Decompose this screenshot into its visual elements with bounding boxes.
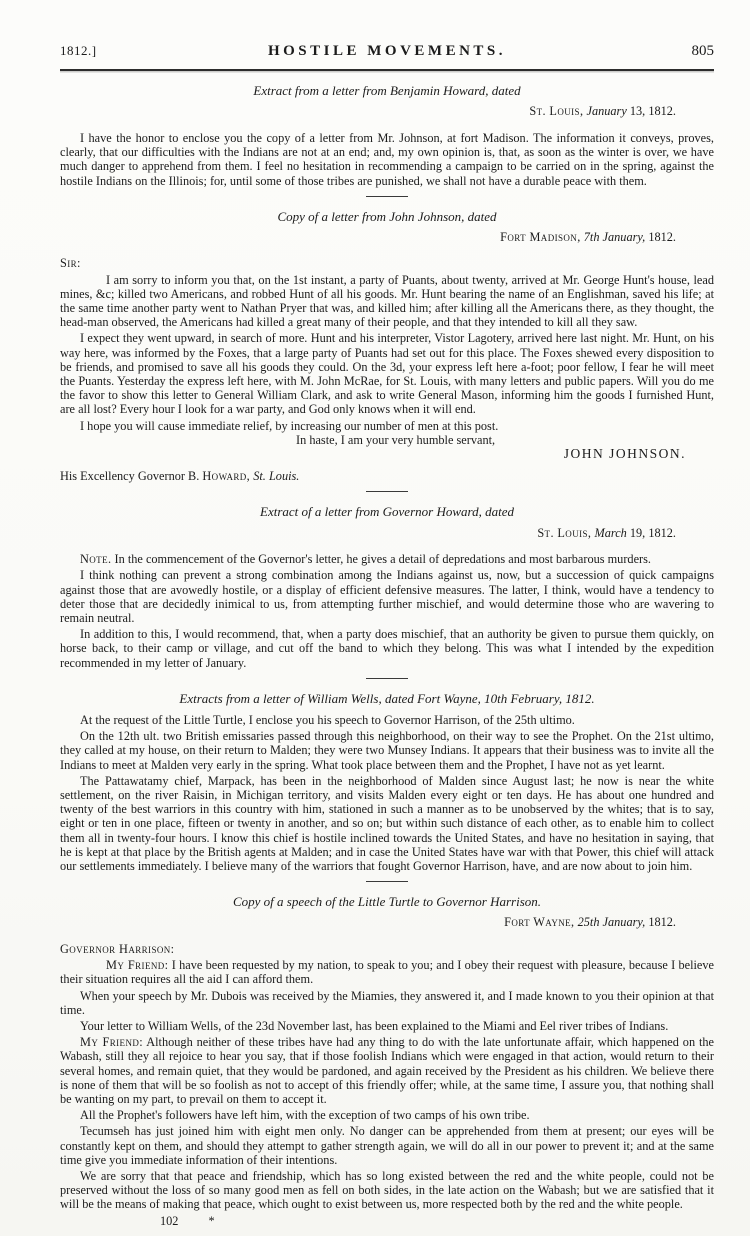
- paragraph: We are sorry that that peace and friends…: [60, 1169, 714, 1212]
- paragraph: I have the honor to enclose you the copy…: [60, 131, 714, 188]
- paragraph-text: The Pattawatamy chief, Marpack, has been…: [60, 774, 714, 873]
- addressee-text: His Excellency Governor B.: [60, 469, 202, 483]
- dateline: Fort Madison, 7th January, 1812.: [60, 230, 714, 244]
- paragraph-lead: My Friend:: [80, 1035, 143, 1049]
- paragraph-text: We are sorry that that peace and friends…: [60, 1169, 714, 1211]
- salutation: Governor Harrison:: [60, 942, 714, 956]
- dateline-date: 25th January,: [578, 915, 646, 929]
- letter-closing: In haste, I am your very humble servant,: [296, 433, 714, 447]
- dateline-year: 1812.: [648, 230, 676, 244]
- paragraph: I expect they went upward, in search of …: [60, 331, 714, 416]
- section-john-johnson-letter: Copy of a letter from John Johnson, date…: [60, 210, 714, 484]
- section-william-wells-letter: Extracts from a letter of William Wells,…: [60, 692, 714, 873]
- document-page: 1812.] HOSTILE MOVEMENTS. 805 Extract fr…: [0, 0, 750, 1236]
- footer-line: 102*: [60, 1214, 714, 1228]
- dateline-year: 1812.: [648, 915, 676, 929]
- section-divider: [366, 678, 408, 679]
- dateline-date: March: [594, 526, 626, 540]
- paragraph: When your speech by Mr. Dubois was recei…: [60, 989, 714, 1017]
- paragraph: On the 12th ult. two British emissaries …: [60, 729, 714, 772]
- paragraph-text: I think nothing can prevent a strong com…: [60, 568, 714, 625]
- addressee: His Excellency Governor B. Howard, St. L…: [60, 469, 714, 483]
- paragraph: I hope you will cause immediate relief, …: [60, 419, 714, 433]
- dateline: St. Louis, January 13, 1812.: [60, 104, 714, 118]
- section-benjamin-howard-letter: Extract from a letter from Benjamin Howa…: [60, 84, 714, 188]
- page-title: HOSTILE MOVEMENTS.: [268, 44, 506, 58]
- paragraph: My Friend: Although neither of these tri…: [60, 1035, 714, 1106]
- dateline-date: January: [587, 104, 627, 118]
- section-heading: Copy of a letter from John Johnson, date…: [60, 210, 714, 224]
- paragraph-text: I hope you will cause immediate relief, …: [80, 419, 498, 433]
- paragraph: My Friend: I have been requested by my n…: [60, 958, 714, 986]
- dateline: St. Louis, March 19, 1812.: [60, 526, 714, 540]
- paragraph-lead: My Friend:: [106, 958, 168, 972]
- section-governor-howard-letter: Extract of a letter from Governor Howard…: [60, 505, 714, 669]
- section-little-turtle-speech: Copy of a speech of the Little Turtle to…: [60, 895, 714, 1211]
- paragraph-text: I have the honor to enclose you the copy…: [60, 131, 714, 188]
- dateline-place: Fort Madison,: [500, 230, 581, 244]
- paragraph-lead: Note.: [80, 552, 111, 566]
- addressee-place: St. Louis.: [250, 469, 299, 483]
- running-header: 1812.] HOSTILE MOVEMENTS. 805: [60, 44, 714, 58]
- footer-asterisk: *: [208, 1214, 214, 1228]
- paragraph-text: I am sorry to inform you that, on the 1s…: [60, 273, 714, 330]
- dateline-date: 7th January,: [584, 230, 645, 244]
- section-heading: Extract from a letter from Benjamin Howa…: [60, 84, 714, 98]
- dateline-place: St. Louis,: [529, 104, 583, 118]
- section-heading: Extract of a letter from Governor Howard…: [60, 505, 714, 519]
- dateline-place: Fort Wayne,: [504, 915, 574, 929]
- paragraph: The Pattawatamy chief, Marpack, has been…: [60, 774, 714, 873]
- paragraph: At the request of the Little Turtle, I e…: [60, 713, 714, 727]
- paragraph-text: Your letter to William Wells, of the 23d…: [80, 1019, 668, 1033]
- footer-gathering-number: 102: [160, 1214, 178, 1228]
- section-divider: [366, 196, 408, 197]
- paragraph-text: In the commencement of the Governor's le…: [111, 552, 651, 566]
- paragraph: Tecumseh has just joined him with eight …: [60, 1124, 714, 1167]
- paragraph-text: In addition to this, I would recommend, …: [60, 627, 714, 669]
- paragraph-text: Although neither of these tribes have ha…: [60, 1035, 714, 1106]
- dateline-year: 19, 1812.: [630, 526, 676, 540]
- dateline-year: 13, 1812.: [630, 104, 676, 118]
- paragraph-text: I expect they went upward, in search of …: [60, 331, 714, 416]
- paragraph: All the Prophet's followers have left hi…: [60, 1108, 714, 1122]
- paragraph: Your letter to William Wells, of the 23d…: [60, 1019, 714, 1033]
- page-number: 805: [506, 44, 714, 58]
- section-divider: [366, 881, 408, 882]
- paragraph-text: All the Prophet's followers have left hi…: [80, 1108, 530, 1122]
- section-divider: [366, 491, 408, 492]
- salutation: Sir:: [60, 256, 714, 270]
- dateline: Fort Wayne, 25th January, 1812.: [60, 915, 714, 929]
- section-heading: Extracts from a letter of William Wells,…: [60, 692, 714, 706]
- dateline-place: St. Louis,: [537, 526, 591, 540]
- paragraph-text: At the request of the Little Turtle, I e…: [80, 713, 575, 727]
- header-year: 1812.]: [60, 44, 268, 58]
- signature: JOHN JOHNSON.: [60, 447, 714, 461]
- paragraph: I am sorry to inform you that, on the 1s…: [60, 273, 714, 330]
- paragraph-text: When your speech by Mr. Dubois was recei…: [60, 989, 714, 1017]
- paragraph: In addition to this, I would recommend, …: [60, 627, 714, 670]
- paragraph: Note. In the commencement of the Governo…: [60, 552, 714, 566]
- paragraph-text: Tecumseh has just joined him with eight …: [60, 1124, 714, 1166]
- section-heading: Copy of a speech of the Little Turtle to…: [60, 895, 714, 909]
- paragraph: I think nothing can prevent a strong com…: [60, 568, 714, 625]
- paragraph-text: On the 12th ult. two British emissaries …: [60, 729, 714, 771]
- addressee-name: Howard,: [202, 469, 250, 483]
- header-rule: [60, 69, 714, 71]
